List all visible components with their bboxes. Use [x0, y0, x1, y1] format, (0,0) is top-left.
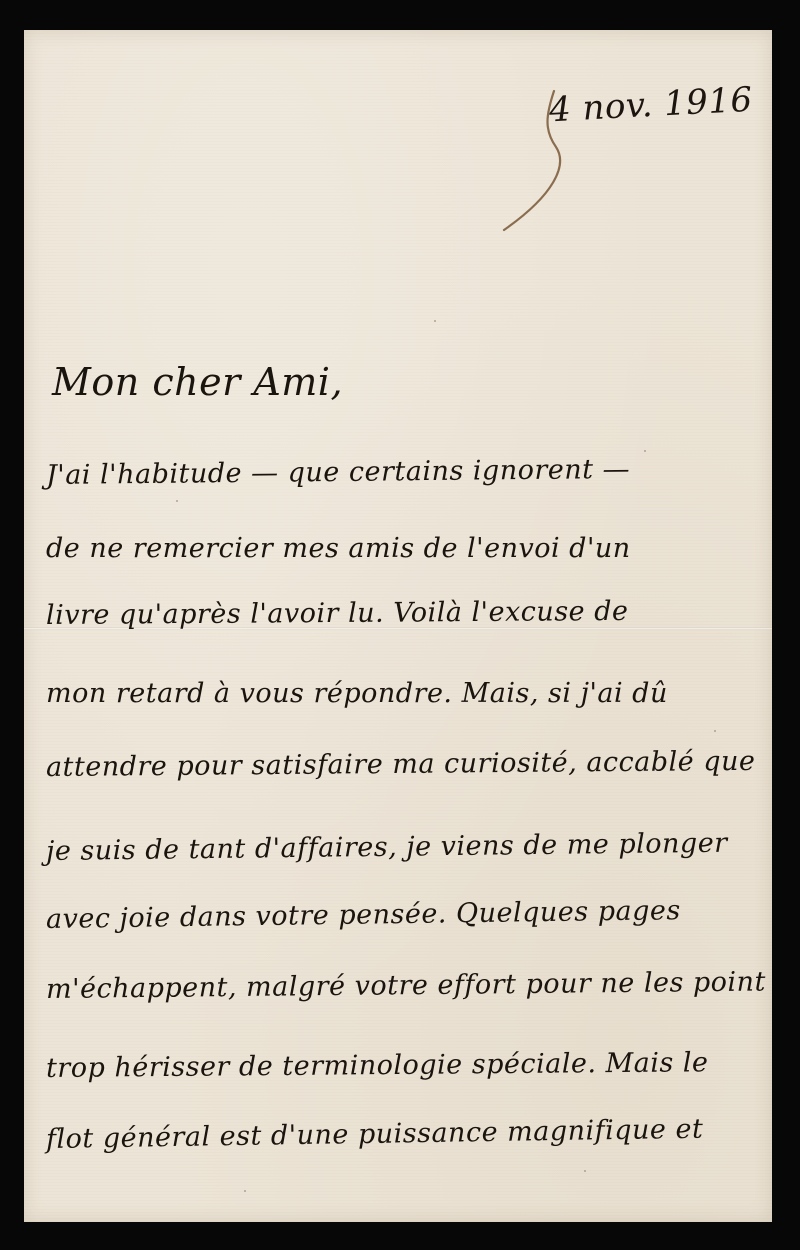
letter-line: mon retard à vous répondre. Mais, si j'a… — [46, 678, 668, 709]
letter-line: J'ai l'habitude — que certains ignorent … — [46, 454, 630, 491]
letter-line: avec joie dans votre pensée. Quelques pa… — [46, 895, 681, 935]
letter-line: flot général est d'une puissance magnifi… — [46, 1114, 704, 1155]
letter-line: m'échappent, malgré votre effort pour ne… — [46, 966, 766, 1005]
letter-line: trop hérisser de terminologie spéciale. … — [46, 1047, 709, 1084]
letter-line: de ne remercier mes amis de l'envoi d'un — [46, 533, 631, 564]
letter-line: livre qu'après l'avoir lu. Voilà l'excus… — [46, 596, 629, 631]
letter-line: attendre pour satisfaire ma curiosité, a… — [46, 746, 756, 783]
black-mount-background: 4 nov. 1916 Mon cher Ami, J'ai l'habitud… — [0, 0, 800, 1250]
letter-line: je suis de tant d'affaires, je viens de … — [46, 828, 728, 867]
letter-salutation: Mon cher Ami, — [52, 360, 343, 404]
letter-page: 4 nov. 1916 Mon cher Ami, J'ai l'habitud… — [24, 30, 772, 1222]
